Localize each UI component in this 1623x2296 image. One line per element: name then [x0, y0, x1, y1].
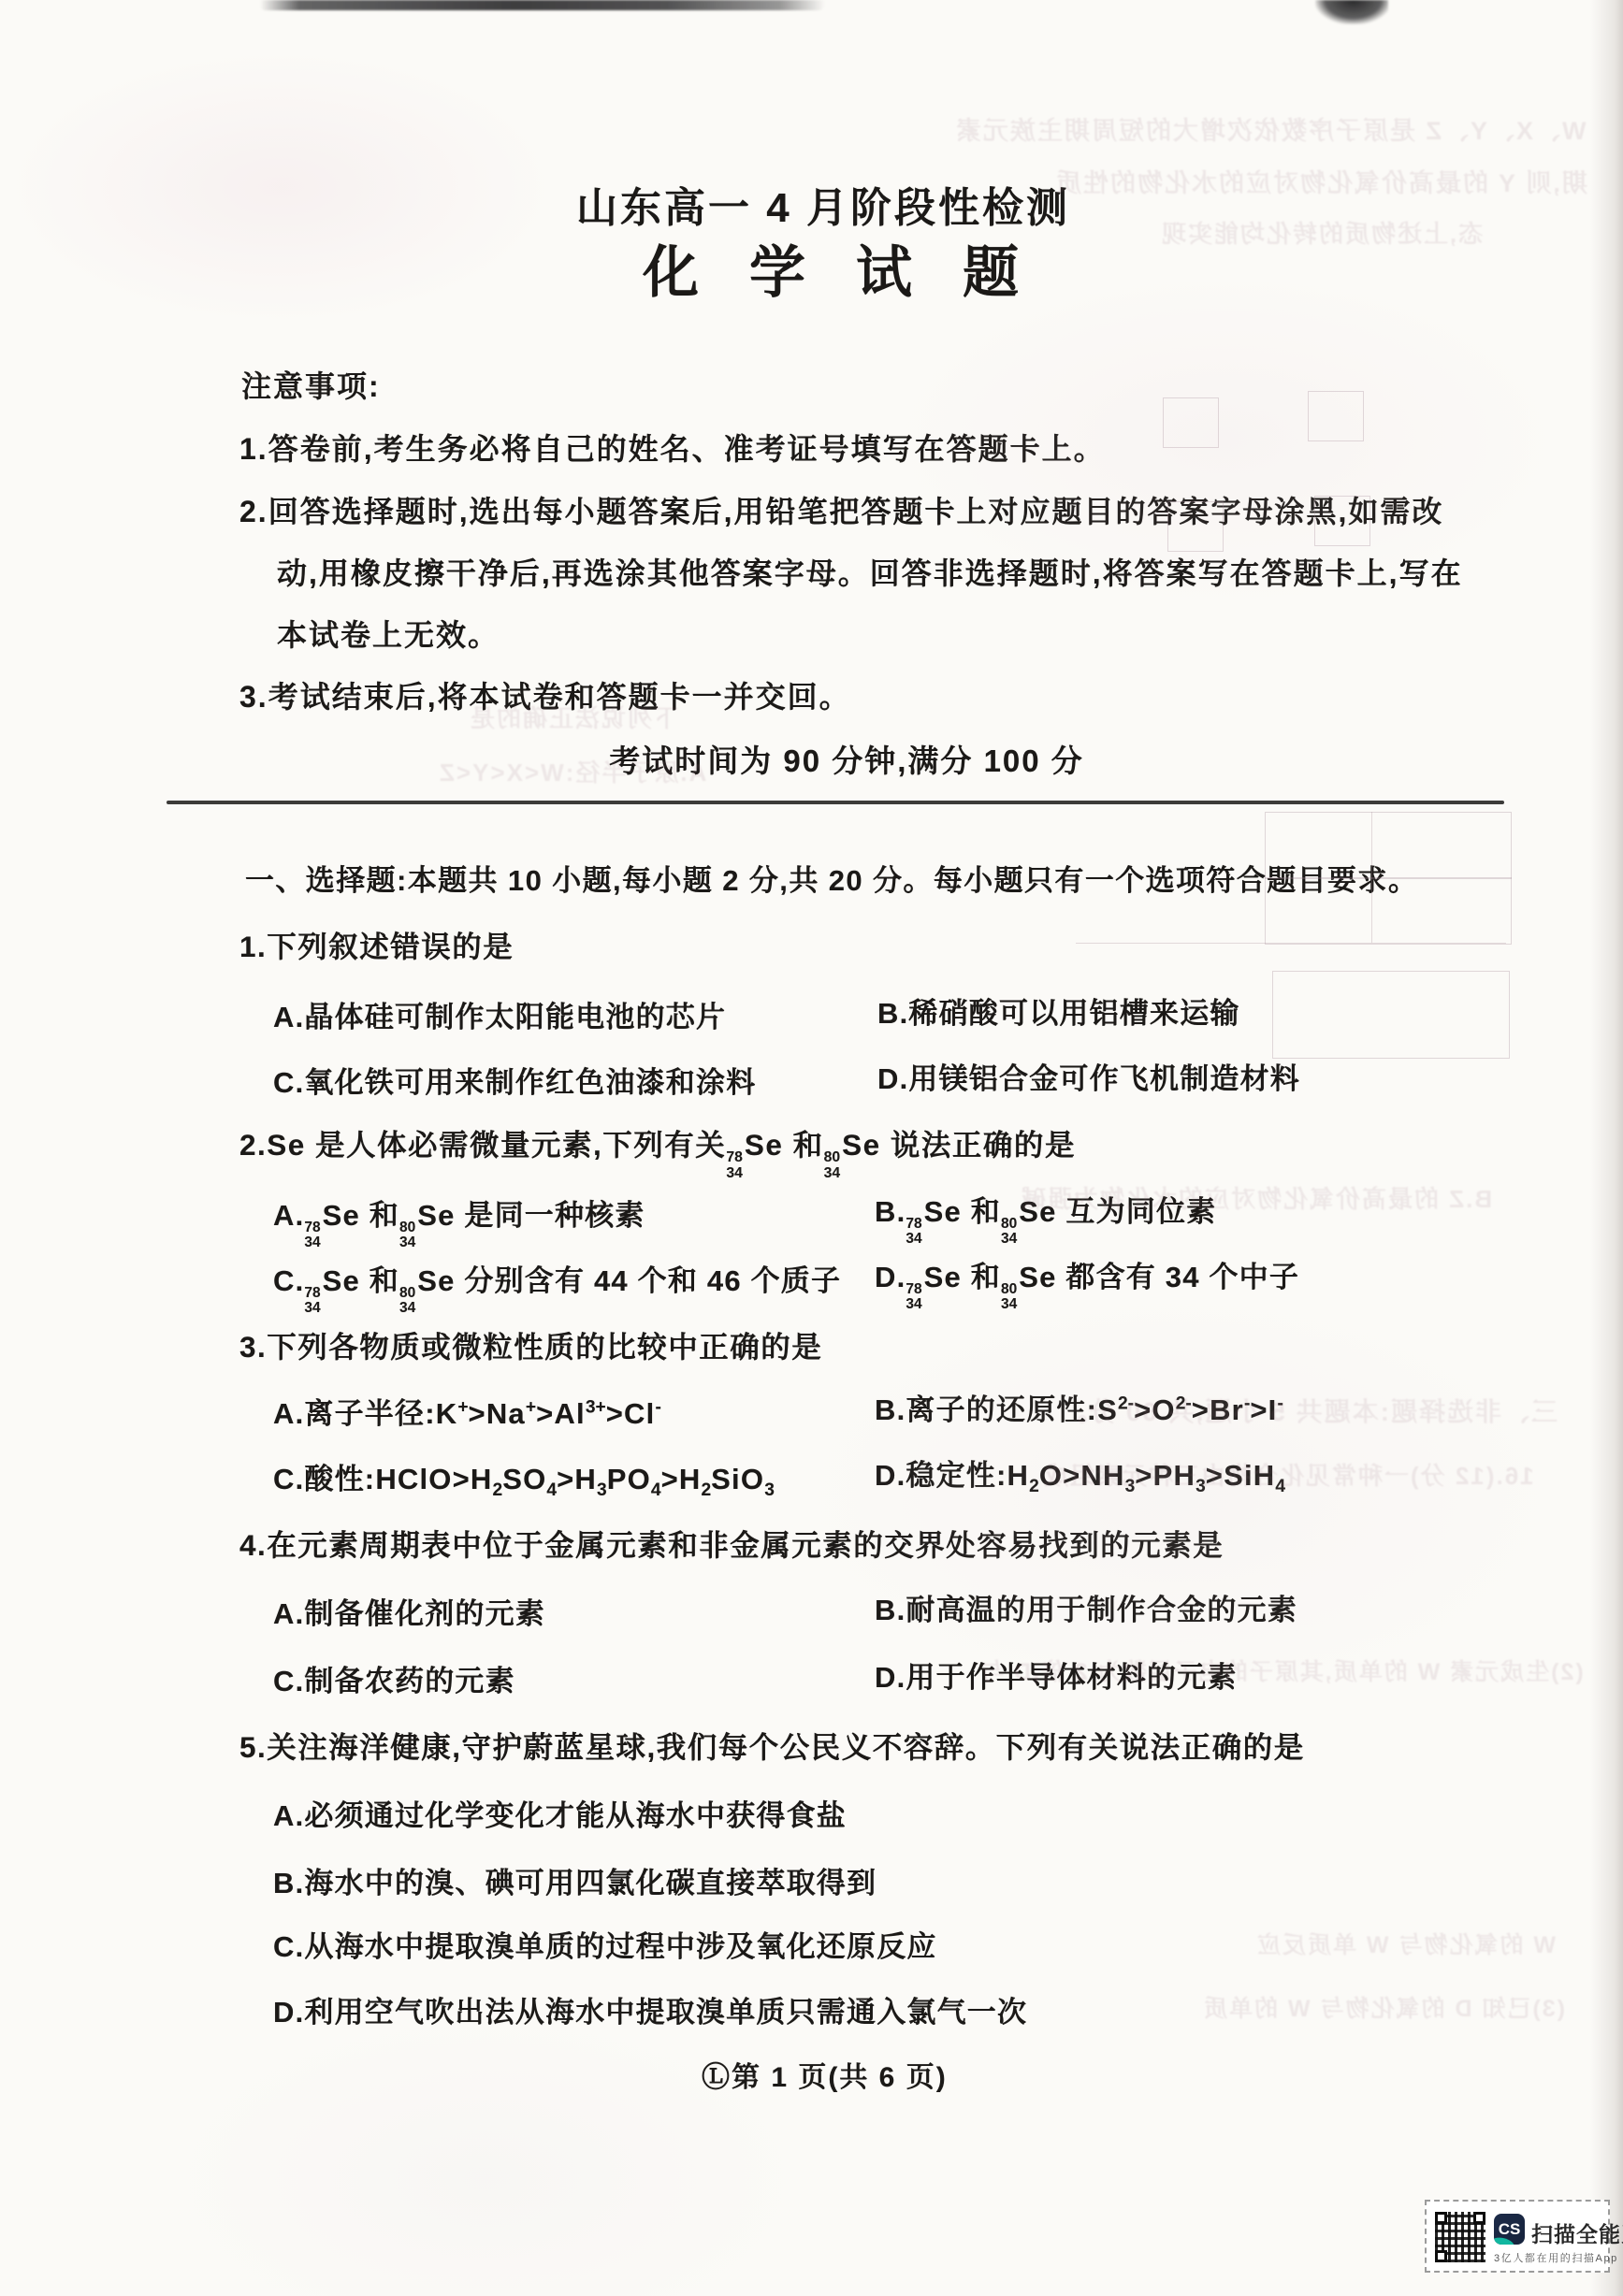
exam-subtitle: 化学试题: [643, 228, 1069, 309]
bleedthrough-table: [1265, 812, 1512, 879]
bleedthrough-text: W 的氧化物与 W 单质反应: [1255, 1927, 1556, 1960]
bleedthrough-box: [1272, 971, 1510, 1059]
header-divider: [167, 801, 1504, 804]
question-3-option-a: A.离子半径:K+>Na+>Al3+>Cl-: [273, 1390, 661, 1432]
bleedthrough-line: [1076, 943, 1506, 944]
question-4-stem: 4.在元素周期表中位于金属元素和非金属元素的交界处容易找到的元素是: [239, 1523, 1224, 1565]
question-3-option-c: C.酸性:HClO>H2SO4>H3PO4>H2SiO3: [273, 1455, 775, 1501]
bleedthrough-text: 16.(12 分)一种常见化合物由三种元素组成: [1042, 1457, 1534, 1492]
qr-code-icon: [1435, 2212, 1485, 2262]
bleedthrough-box: [1314, 496, 1370, 546]
notice-line-2: 2.回答选择题时,选出每小题答案后,用铅笔把答题卡上对应题目的答案字母涂黑,如需…: [239, 488, 1443, 531]
question-2-option-d: D.7834Se 和8034Se 都含有 34 个中子: [875, 1253, 1299, 1313]
camscanner-logo-icon: CS: [1494, 2214, 1525, 2245]
camscanner-app-name: 扫描全能王: [1531, 2217, 1623, 2248]
bleedthrough-table: [1265, 877, 1512, 945]
question-1-option-d: D.用镁铝合金可作飞机制造材料: [877, 1055, 1300, 1097]
question-1-option-c: C.氧化铁可用来制作红色油漆和涂料: [273, 1059, 756, 1101]
bleedthrough-text: A.原子半径:W<X<Y<Z: [438, 754, 706, 788]
question-2-option-c: C.7834Se 和8034Se 分别含有 44 个和 46 个质子: [273, 1257, 841, 1317]
notice-line-2-cont2: 本试卷上无效。: [277, 612, 500, 655]
question-5-option-d: D.利用空气吹出法从海水中提取溴单质只需通入氯气一次: [273, 1988, 1027, 2030]
question-5-option-b: B.海水中的溴、碘可用四氯化碳直接萃取得到: [273, 1859, 877, 1901]
question-3-stem: 3.下列各物质或微粒性质的比较中正确的是: [239, 1324, 822, 1366]
notice-line-1: 1.答卷前,考生务必将自己的姓名、准考证号填写在答题卡上。: [239, 426, 1106, 469]
notice-heading: 注意事项:: [241, 363, 381, 406]
question-1-option-b: B.稀硝酸可以用铝槽来运输: [877, 989, 1240, 1032]
scan-edge-artifact-notch: [1315, 0, 1388, 24]
bleedthrough-text: W、X、Y、Z 是原子序数依次增大的短周期主族元素: [954, 110, 1587, 147]
bleedthrough-table-divider: [1371, 812, 1372, 943]
question-2-stem: 2.Se 是人体必需微量元素,下列有关7834Se 和8034Se 说法正确的是: [239, 1122, 1076, 1181]
question-2-option-a: A.7834Se 和8034Se 是同一种核素: [273, 1191, 645, 1251]
bleedthrough-text: 期,则 Y 的最高价氧化物对应的水化物的性质: [1054, 163, 1587, 199]
bleedthrough-text: B.Z 的最高价氧化物对应的水化物为强碱: [1020, 1180, 1492, 1215]
page-footer: Ⓛ第 1 页(共 6 页): [702, 2054, 948, 2095]
question-1-option-a: A.晶体硅可制作太阳能电池的芯片: [273, 993, 726, 1035]
question-4-option-a: A.制备催化剂的元素: [273, 1590, 545, 1632]
notice-line-2-cont: 动,用橡皮擦干净后,再选涂其他答案字母。回答非选择题时,将答案写在答题卡上,写在: [277, 550, 1463, 593]
scan-edge-artifact-top: [260, 0, 825, 10]
bleedthrough-text: 三、非选择题:本题共 5 小题,共 60 分。: [1059, 1392, 1558, 1429]
scanned-exam-page: { "page": { "title_line1": "山东高一 4 月阶段性检…: [0, 0, 1623, 2296]
section-1-heading: 一、选择题:本题共 10 小题,每小题 2 分,共 20 分。每小题只有一个选项…: [245, 857, 1418, 899]
bleedthrough-text: 态,上述物质的转化均能实现: [1160, 215, 1483, 250]
camscanner-tagline: 3亿人都在用的扫描App: [1494, 2250, 1618, 2265]
bleedthrough-text: (2)生成元素 W 的单质,其原子的电子层数为 2 倍,D 与: [978, 1653, 1584, 1687]
exam-title: 山东高一 4 月阶段性检测: [576, 174, 1070, 234]
bleedthrough-text: (3)已知 D 的氧化物与 W 的单质: [1202, 1990, 1565, 2024]
question-5-option-c: C.从海水中提取溴单质的过程中涉及氧化还原反应: [273, 1923, 937, 1965]
camscanner-watermark: CS 扫描全能王 3亿人都在用的扫描App: [1425, 2200, 1610, 2273]
bleedthrough-text: 下列说法正确的是: [469, 700, 678, 734]
question-5-option-a: A.必须通过化学变化才能从海水中获得食盐: [273, 1792, 847, 1834]
bleedthrough-box: [1163, 397, 1219, 448]
bleedthrough-box: [1308, 391, 1364, 441]
question-4-option-b: B.耐高温的用于制作合金的元素: [875, 1586, 1297, 1628]
bleedthrough-box: [1167, 501, 1224, 552]
question-4-option-c: C.制备农药的元素: [273, 1657, 515, 1699]
question-5-stem: 5.关注海洋健康,守护蔚蓝星球,我们每个公民义不容辞。下列有关说法正确的是: [239, 1725, 1305, 1767]
question-1-stem: 1.下列叙述错误的是: [239, 924, 514, 966]
